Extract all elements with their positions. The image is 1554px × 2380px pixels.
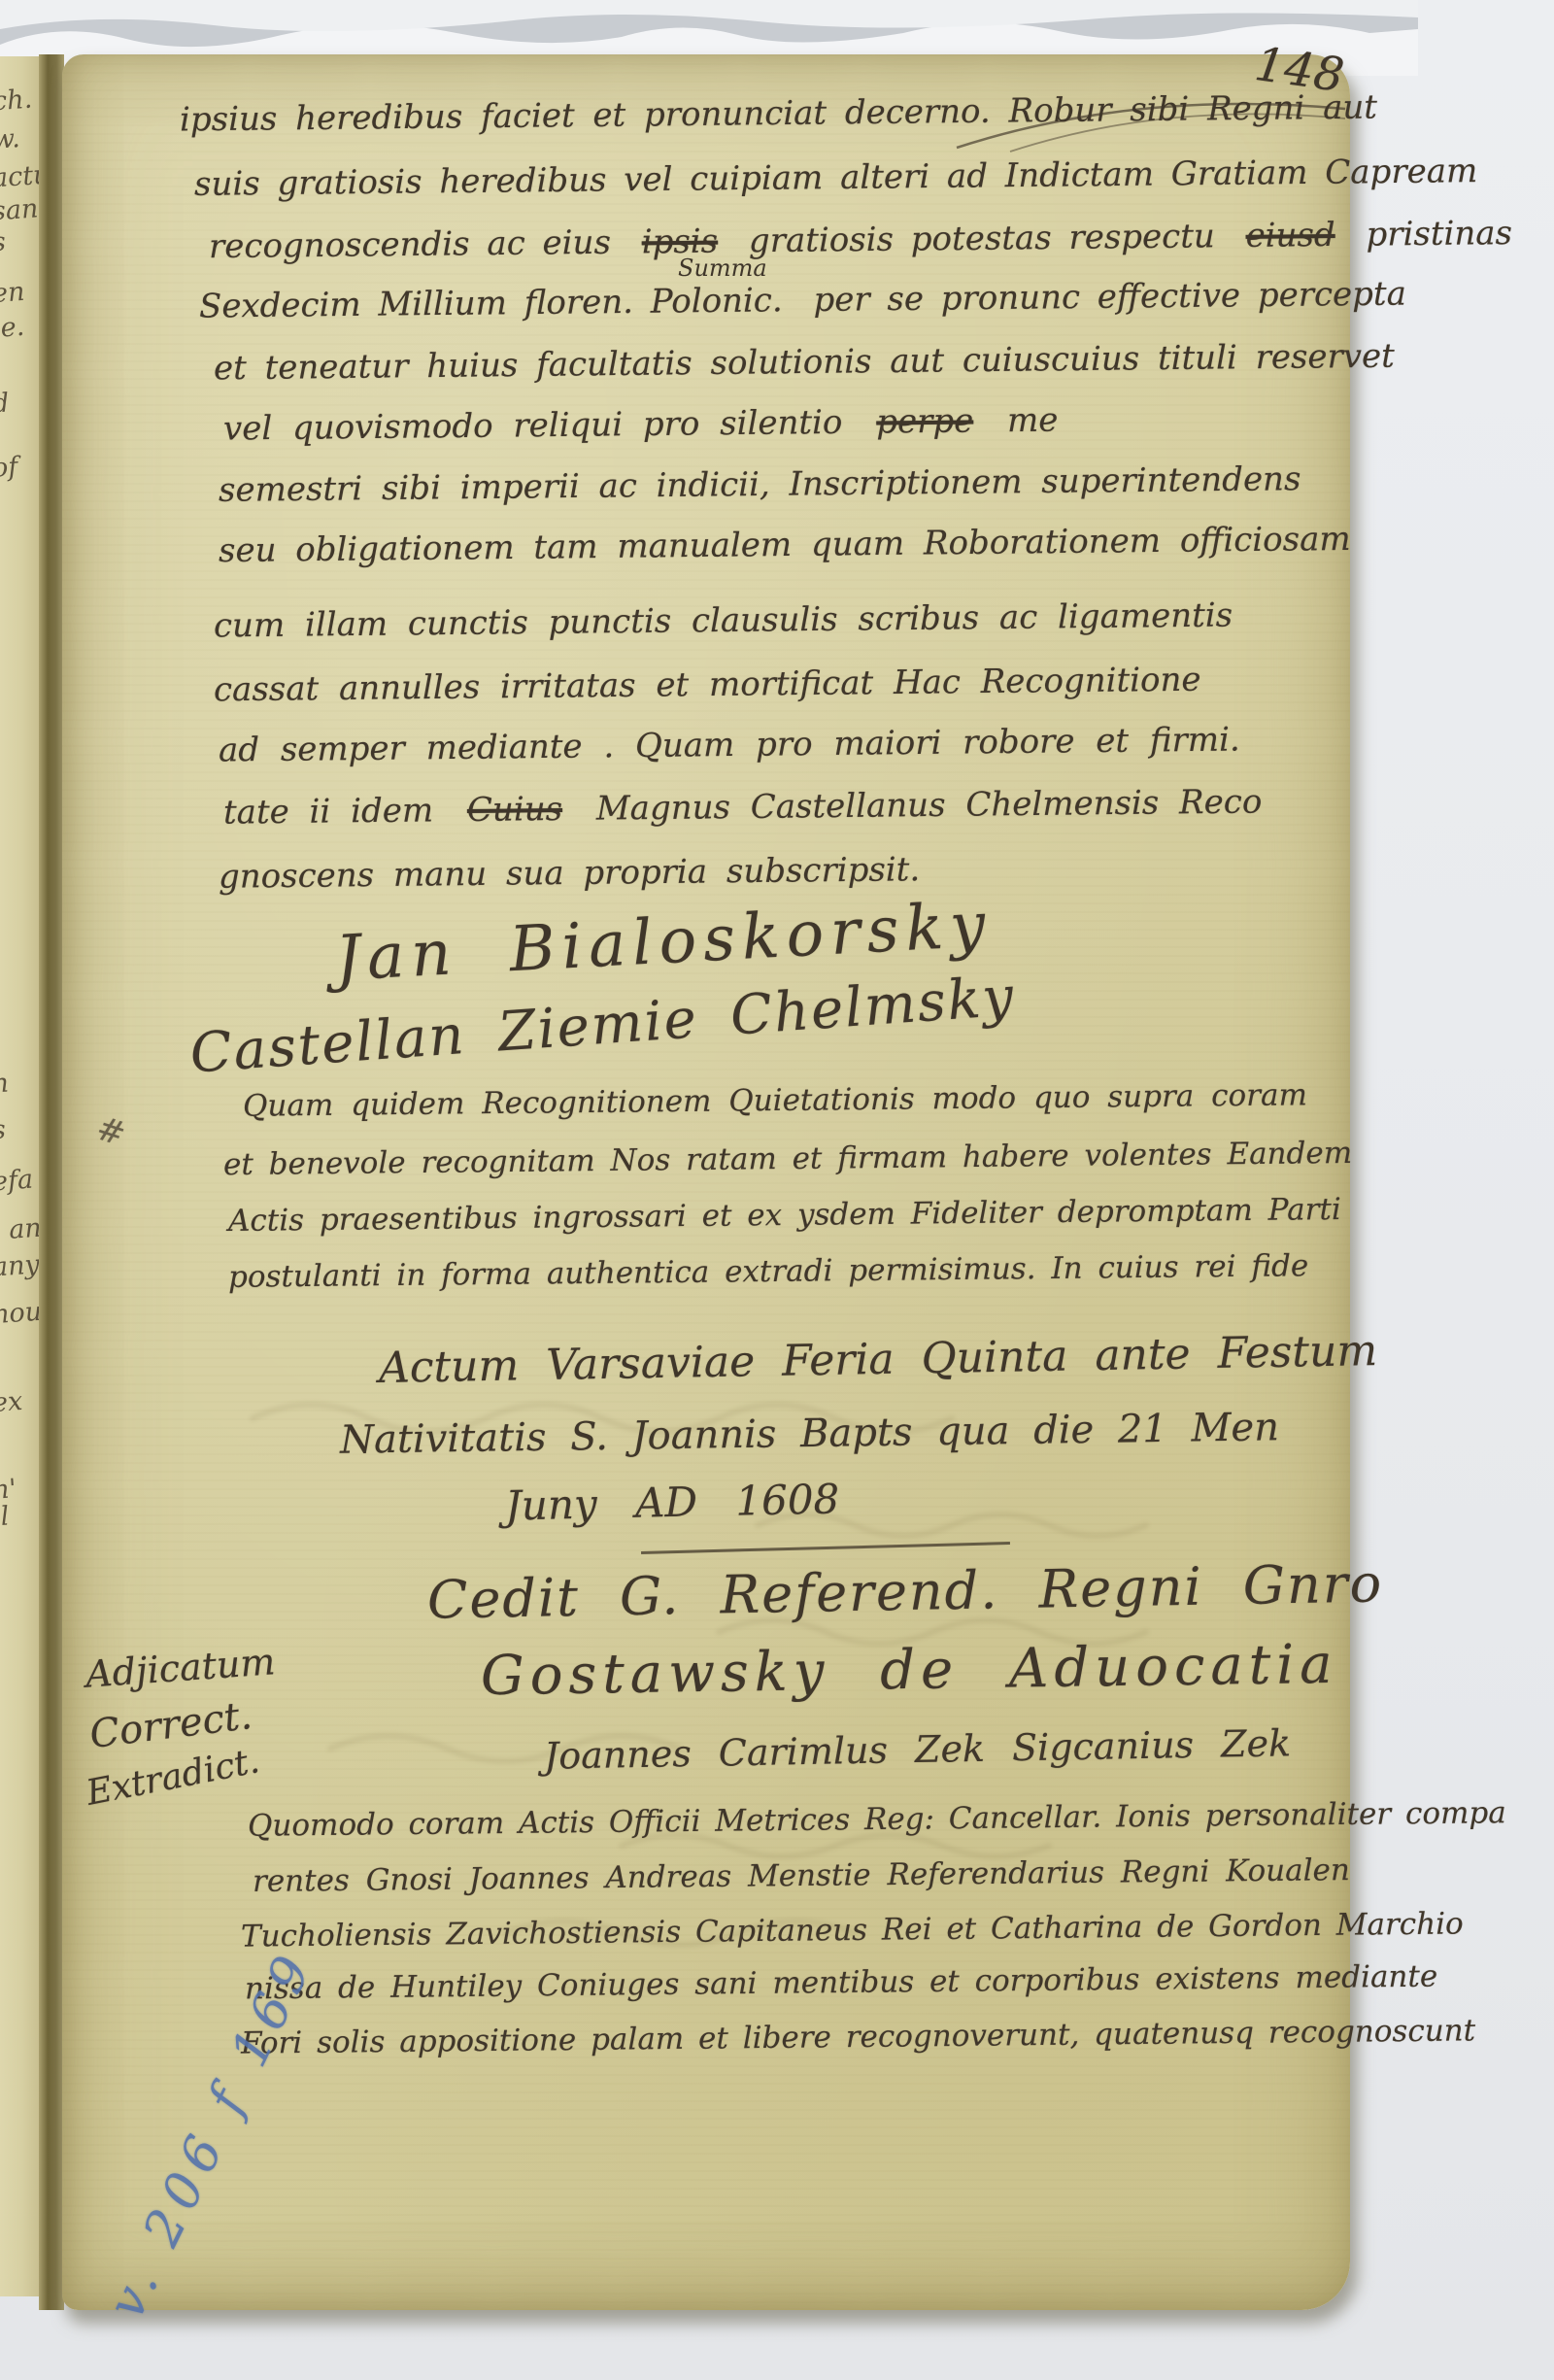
facing-text-fragment: efa [0,1165,34,1198]
facing-text-fragment: w. [0,123,21,155]
facing-text-fragment: h [0,1068,10,1099]
line-segment: pristinas [1366,214,1512,255]
facing-text-fragment: le. [0,312,25,344]
dating-line-year: Juny AD 1608 [505,1479,840,1526]
scanned-manuscript-background: ch. w. actus sandi s en le. d of h s efa… [0,0,1554,2380]
manuscript-line: tate ii idem Cuius Magnus Castellanus Ch… [223,785,1276,829]
facing-text-fragment: d [0,388,10,419]
struck-word: Cuius [467,790,563,830]
facing-text-fragment: s [0,1115,7,1146]
facing-text-fragment: of [0,452,18,484]
line-segment: tate ii idem [223,791,434,832]
struck-word: perpe [876,401,973,441]
interlinear-insertion: Summa [678,255,767,282]
facing-text-fragment: any [0,1249,41,1282]
line-segment: gratiosis potestas respectu [749,217,1215,260]
facing-text-fragment: s [0,227,7,258]
manuscript-line: ad semper mediante . Quam pro maiori rob… [219,723,1240,766]
line-segment: per se pronunc effective percepta [813,275,1406,320]
struck-word: eiusd [1245,216,1335,255]
facing-text-fragment: ex [0,1386,23,1418]
line-segment: Magnus Castellanus Chelmensis Reco [596,782,1263,828]
line-segment: me [1007,401,1059,441]
manuscript-line: cum illam cunctis punctis clausulis scri… [214,599,1233,643]
manuscript-line: cassat annulles irritatas et mortificat … [214,663,1201,707]
manuscript-line: gnoscens manu sua propria subscripsit. [219,853,921,894]
facing-text-fragment: ch. [0,85,33,118]
facing-text-fragment: il [0,1501,10,1532]
facing-text-fragment: en [0,277,25,309]
line-segment: Sexdecim Millium floren. Polonic. [199,281,783,325]
facing-page-strip: ch. w. actus sandi s en le. d of h s efa… [0,56,39,2296]
line-segment: vel quovismodo reliqui pro silentio [223,403,843,449]
binding-gutter [39,54,64,2310]
heading-name-line: Gostawsky de Aduocatia [481,1638,1338,1704]
line-segment: recognoscendis ac eius [209,223,611,266]
heading-cedit-line: Cedit G. Referend. Regni Gnro [427,1557,1384,1626]
manuscript-line: vel quovismodo reliqui pro silentio perp… [223,403,1072,445]
